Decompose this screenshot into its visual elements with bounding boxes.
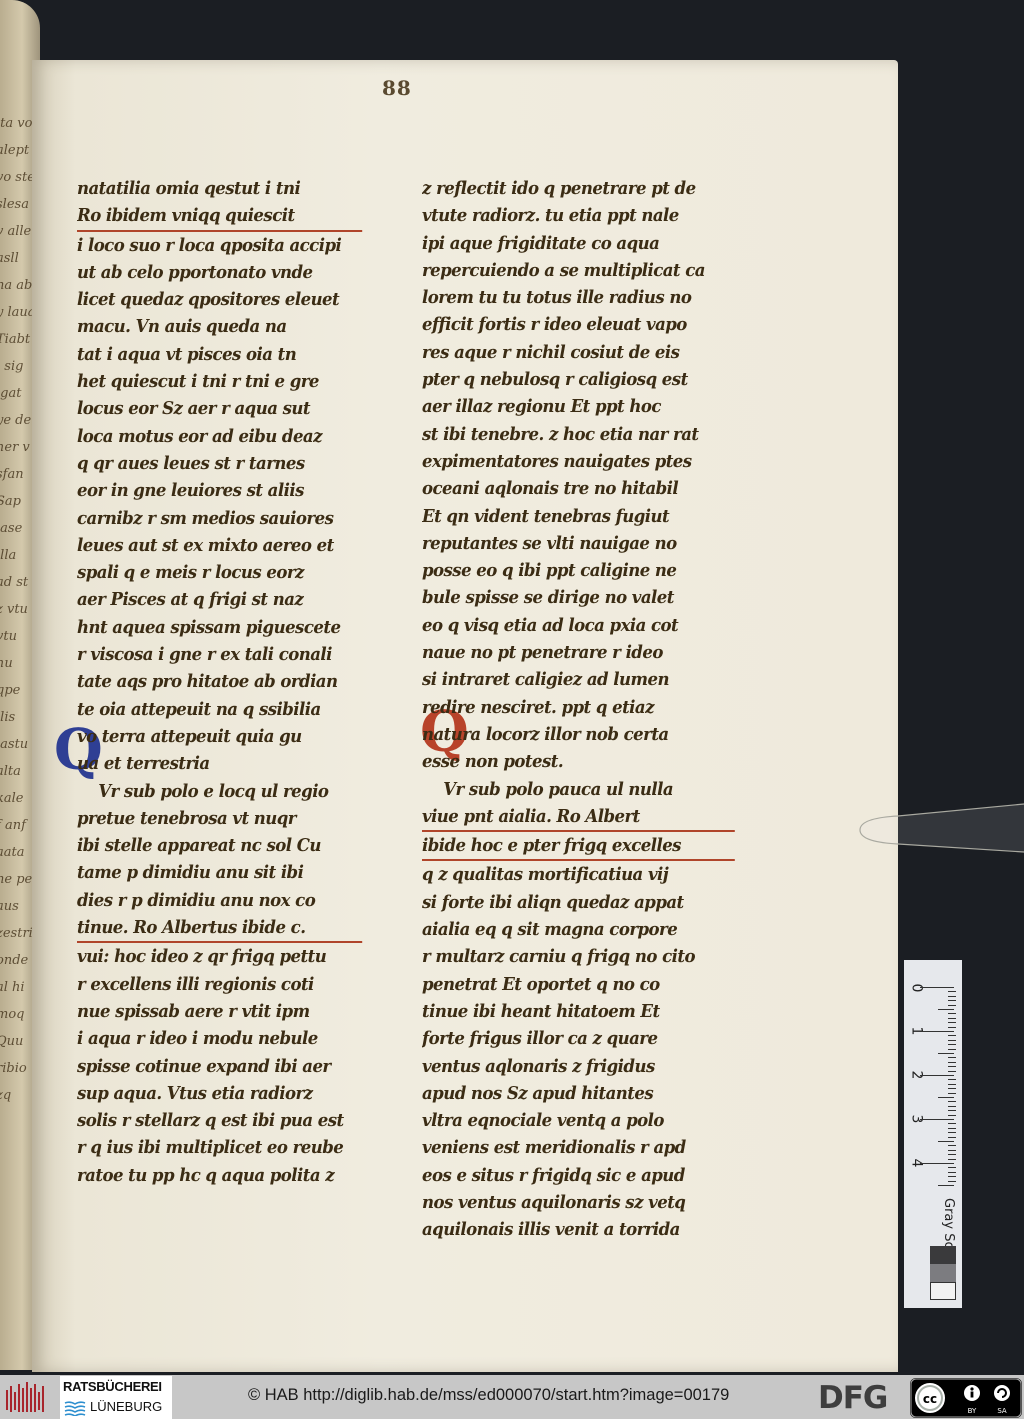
manuscript-line: vui: hoc ideo z qr frigq pettu bbox=[77, 943, 362, 970]
manuscript-line: ibi stelle appareat nc sol Cu bbox=[77, 832, 362, 859]
ruler-tick bbox=[938, 1141, 954, 1142]
facing-page-line: alept bbox=[0, 137, 36, 164]
ruler-tick bbox=[948, 1115, 956, 1116]
manuscript-line: i loco suo r loca qposita accipi bbox=[77, 232, 362, 259]
left-page-text: ita voaleptvo steslesav alleasllna aby l… bbox=[0, 110, 36, 1109]
ratsbuecherei-emblem-icon bbox=[4, 1380, 48, 1414]
manuscript-line: veniens est meridionalis r apd bbox=[422, 1134, 735, 1161]
ruler-tick bbox=[920, 1075, 954, 1076]
manuscript-line: macu. Vn auis queda na bbox=[77, 313, 362, 340]
manuscript-line: q z qualitas mortificatiua vij bbox=[422, 861, 735, 888]
ruler-tick bbox=[948, 996, 956, 997]
manuscript-line: solis r stellarz q est ibi pua est bbox=[77, 1107, 362, 1134]
facing-page-line: her v bbox=[0, 434, 36, 461]
ruler-tick bbox=[948, 1022, 956, 1023]
manuscript-line: oceani aqlonais tre no hitabil bbox=[422, 475, 735, 502]
folio-number: 88 bbox=[382, 76, 412, 100]
manuscript-line: Et qn vident tenebras fugiut bbox=[422, 503, 735, 530]
manuscript-line: naue no pt penetrare r ideo bbox=[422, 639, 735, 666]
manuscript-line: z reflectit ido q penetrare pt de bbox=[422, 175, 735, 202]
manuscript-line: esse non potest. bbox=[422, 748, 735, 775]
ruler-tick bbox=[948, 1132, 956, 1133]
ruler-tick bbox=[948, 1018, 956, 1019]
manuscript-line: nue spissab aere r vtit ipm bbox=[77, 998, 362, 1025]
ruler-tick bbox=[948, 1145, 956, 1146]
facing-page-line: z vtu bbox=[0, 596, 36, 623]
facing-page-line: onde bbox=[0, 947, 36, 974]
ruler-tick bbox=[948, 1084, 956, 1085]
manuscript-line: aquilonais illis venit a torrida bbox=[422, 1216, 735, 1243]
manuscript-line: natura locorz illor nob certa bbox=[422, 721, 735, 748]
manuscript-line: repercuiendo a se multiplicat ca bbox=[422, 257, 735, 284]
manuscript-line: eor in gne leuiores st aliis bbox=[77, 477, 362, 504]
ruler-tick bbox=[948, 1088, 956, 1089]
facing-page-line: illa bbox=[0, 542, 36, 569]
manuscript-line: efficit fortis r ideo eleuat vapo bbox=[422, 311, 735, 338]
manuscript-line: tate aqs pro hitatoe ab ordian bbox=[77, 668, 362, 695]
ruler-tick bbox=[938, 1185, 954, 1186]
facing-page-line: lastu bbox=[0, 731, 36, 758]
manuscript-line: bule spisse se dirige no valet bbox=[422, 584, 735, 611]
facing-page-line: Sap bbox=[0, 488, 36, 515]
ruler-tick bbox=[938, 1053, 954, 1054]
ruler-tick bbox=[948, 1049, 956, 1050]
facing-page-line: na ab bbox=[0, 272, 36, 299]
facing-page-line: aata bbox=[0, 839, 36, 866]
manuscript-line: eos e situs r frigidq sic e apud bbox=[422, 1162, 735, 1189]
facing-page-line: ribio bbox=[0, 1055, 36, 1082]
manuscript-line: ipi aque frigiditate co aqua bbox=[422, 230, 735, 257]
ruler-tick bbox=[920, 1119, 954, 1120]
ruler-tick bbox=[920, 987, 954, 988]
ruler-mark-0: 0 bbox=[908, 984, 924, 993]
facing-page-line: ye de bbox=[0, 407, 36, 434]
manuscript-line: Vr sub polo e locq ul regio bbox=[77, 778, 362, 805]
manuscript-line: r excellens illi regionis coti bbox=[77, 971, 362, 998]
manuscript-line: aialia eq q sit magna corpore bbox=[422, 916, 735, 943]
facing-page-line: Tiabt bbox=[0, 326, 36, 353]
ruler-tick bbox=[948, 1101, 956, 1102]
facing-page-line: alta bbox=[0, 758, 36, 785]
facing-page-line: lase bbox=[0, 515, 36, 542]
ruler-tick bbox=[948, 991, 956, 992]
library-name-line1: RATSBÜCHEREI bbox=[63, 1379, 162, 1394]
facing-page-line: al hi bbox=[0, 974, 36, 1001]
ruler-tick bbox=[948, 1128, 956, 1129]
manuscript-line: aer illaz regionu Et ppt hoc bbox=[422, 393, 735, 420]
manuscript-line: pretue tenebrosa vt nuqr bbox=[77, 805, 362, 832]
manuscript-line: licet quedaz qpositores eleuet bbox=[77, 286, 362, 313]
ruler-tick bbox=[948, 1106, 956, 1107]
manuscript-line: tat i aqua vt pisces oia tn bbox=[77, 341, 362, 368]
ruler-tick bbox=[920, 1031, 954, 1032]
facing-page-line: Quu bbox=[0, 1028, 36, 1055]
ruler-tick bbox=[948, 1062, 956, 1063]
facing-page-line: lgat bbox=[0, 380, 36, 407]
facing-page-line: qpe bbox=[0, 677, 36, 704]
facing-page-line: llis bbox=[0, 704, 36, 731]
copyright-link[interactable]: © HAB http://diglib.hab.de/mss/ed000070/… bbox=[248, 1386, 729, 1405]
manuscript-line: vtute radiorz. tu etia ppt nale bbox=[422, 202, 735, 229]
facing-page-line: sfan bbox=[0, 461, 36, 488]
manuscript-line: pter q nebulosq r caligiosq est bbox=[422, 366, 735, 393]
manuscript-line: si forte ibi aliqn quedaz appat bbox=[422, 889, 735, 916]
ruler-tick bbox=[948, 1066, 956, 1067]
ruler-tick bbox=[948, 1005, 956, 1006]
manuscript-line: redire nesciret. ppt q etiaz bbox=[422, 694, 735, 721]
facing-page-line: i sig bbox=[0, 353, 36, 380]
manuscript-line: locus eor Sz aer r aqua sut bbox=[77, 395, 362, 422]
manuscript-line: si intraret caligiez ad lumen bbox=[422, 666, 735, 693]
gray-scale-ruler: 0 1 2 3 4 Gray Scale bbox=[904, 960, 962, 1308]
manuscript-line: viue pnt aialia. Ro Albert bbox=[422, 803, 735, 832]
license-sa: SA bbox=[997, 1407, 1007, 1415]
facing-page-line: ne pei bbox=[0, 866, 36, 893]
manuscript-line: apud nos Sz apud hitantes bbox=[422, 1080, 735, 1107]
manuscript-line: vltra eqnociale ventq a polo bbox=[422, 1107, 735, 1134]
ruler-tick bbox=[948, 1071, 956, 1072]
ruler-tick bbox=[948, 1044, 956, 1045]
ruler-tick bbox=[948, 1057, 956, 1058]
footer-bar: RATSBÜCHEREI LÜNEBURG © HAB http://digli… bbox=[0, 1375, 1024, 1419]
manuscript-line: q qr aues leues st r tarnes bbox=[77, 450, 362, 477]
text-column-left: natatilia omia qestut i tniRo ibidem vni… bbox=[77, 175, 387, 1189]
ruler-tick bbox=[948, 1110, 956, 1111]
manuscript-line: r viscosa i gne r ex tali conali bbox=[77, 641, 362, 668]
ruler-tick bbox=[948, 1159, 956, 1160]
gray-swatch-dark bbox=[930, 1246, 956, 1264]
creative-commons-icon: cc BY SA bbox=[910, 1378, 1022, 1418]
manuscript-line: tinue ibi heant hitatoem Et bbox=[422, 998, 735, 1025]
manuscript-line: lorem tu tu totus ille radius no bbox=[422, 284, 735, 311]
facing-page-line: vo ste bbox=[0, 164, 36, 191]
manuscript-line: i aqua r ideo i modu nebule bbox=[77, 1025, 362, 1052]
facing-page-line: slesa bbox=[0, 191, 36, 218]
facing-page-line: moq bbox=[0, 1001, 36, 1028]
facing-page-line: v alle bbox=[0, 218, 36, 245]
manuscript-line: natatilia omia qestut i tni bbox=[77, 175, 362, 202]
ruler-tick bbox=[948, 1013, 956, 1014]
manuscript-line: spisse cotinue expand ibi aer bbox=[77, 1053, 362, 1080]
manuscript-line: res aque r nichil cosiut de eis bbox=[422, 339, 735, 366]
ruler-tick bbox=[948, 1027, 956, 1028]
manuscript-page: 88 Q Q natatilia omia qestut i tniRo ibi… bbox=[32, 60, 898, 1372]
facing-page-line: f anf bbox=[0, 812, 36, 839]
ruler-tick bbox=[948, 1172, 956, 1173]
ruler-tick bbox=[948, 1040, 956, 1041]
ruler-tick bbox=[920, 1163, 954, 1164]
ruler-tick bbox=[948, 1176, 956, 1177]
ruler-tick bbox=[948, 1123, 956, 1124]
ratsbuecherei-logo[interactable]: RATSBÜCHEREI LÜNEBURG bbox=[60, 1376, 172, 1419]
manuscript-line: st ibi tenebre. z hoc etia nar rat bbox=[422, 421, 735, 448]
facing-page-line: asll bbox=[0, 245, 36, 272]
facing-page-line: aus bbox=[0, 893, 36, 920]
manuscript-line: ratoe tu pp hc q aqua polita z bbox=[77, 1162, 362, 1189]
ruler-tick bbox=[948, 1150, 956, 1151]
manuscript-line: r multarz carniu q frigq no cito bbox=[422, 943, 735, 970]
library-name-line2: LÜNEBURG bbox=[90, 1399, 162, 1414]
facing-page-line: kale bbox=[0, 785, 36, 812]
facing-page-line: hu bbox=[0, 650, 36, 677]
facing-page-line: vtu bbox=[0, 623, 36, 650]
manuscript-line: carnibz r sm medios sauiores bbox=[77, 505, 362, 532]
license-by: BY bbox=[968, 1407, 977, 1415]
ruler-tick bbox=[948, 1154, 956, 1155]
gray-swatch-light bbox=[930, 1282, 956, 1300]
manuscript-line: aer Pisces at q frigi st naz bbox=[77, 586, 362, 613]
manuscript-line: te oia attepeuit na q ssibilia bbox=[77, 696, 362, 723]
page-clamp bbox=[858, 800, 1024, 855]
manuscript-line: eo q visq etia ad loca pxia cot bbox=[422, 612, 735, 639]
dfg-logo[interactable]: DFG bbox=[818, 1380, 887, 1416]
ruler-tick bbox=[948, 1079, 956, 1080]
manuscript-line: ventus aqlonaris z frigidus bbox=[422, 1053, 735, 1080]
manuscript-line: penetrat Et oportet q no co bbox=[422, 971, 735, 998]
ruler-tick bbox=[938, 1009, 954, 1010]
svg-text:cc: cc bbox=[923, 1392, 937, 1406]
facing-page-line: ita vo bbox=[0, 110, 36, 137]
manuscript-line: sup aqua. Vtus etia radiorz bbox=[77, 1080, 362, 1107]
manuscript-line: dies r p dimidiu anu nox co bbox=[77, 887, 362, 914]
manuscript-line: Ro ibidem vniqq quiescit bbox=[77, 202, 362, 231]
manuscript-line: loca motus eor ad eibu deaz bbox=[77, 423, 362, 450]
manuscript-line: tame p dimidiu anu sit ibi bbox=[77, 859, 362, 886]
manuscript-line: leues aut st ex mixto aereo et bbox=[77, 532, 362, 559]
manuscript-line: ibide hoc e pter frigq excelles bbox=[422, 832, 735, 861]
ruler-tick bbox=[948, 1035, 956, 1036]
ruler-tick bbox=[938, 1097, 954, 1098]
manuscript-line: vo terra attepeuit quia gu bbox=[77, 723, 362, 750]
manuscript-line: Vr sub polo pauca ul nulla bbox=[422, 776, 735, 803]
ruler-tick bbox=[948, 1000, 956, 1001]
ruler-tick bbox=[948, 1093, 956, 1094]
facing-page-line: ad st bbox=[0, 569, 36, 596]
cc-by-sa-license-badge[interactable]: cc BY SA bbox=[910, 1378, 1022, 1418]
manuscript-line: posse eo q ibi ppt caligine ne bbox=[422, 557, 735, 584]
facing-page-line: zestri bbox=[0, 920, 36, 947]
manuscript-line: r q ius ibi multiplicet eo reube bbox=[77, 1134, 362, 1161]
manuscript-line: reputantes se vlti nauigae no bbox=[422, 530, 735, 557]
gray-swatch-mid bbox=[930, 1264, 956, 1282]
manuscript-line: expimentatores nauigates ptes bbox=[422, 448, 735, 475]
open-book-icon bbox=[64, 1400, 86, 1416]
manuscript-line: ut ab celo pportonato vnde bbox=[77, 259, 362, 286]
ruler-tick bbox=[948, 1167, 956, 1168]
manuscript-line: het quiescut i tni r tni e gre bbox=[77, 368, 362, 395]
facing-page-line: y laua bbox=[0, 299, 36, 326]
manuscript-line: spali q e meis r locus eorz bbox=[77, 559, 362, 586]
manuscript-line: tinue. Ro Albertus ibide c. bbox=[77, 914, 362, 943]
manuscript-line: ua et terrestria bbox=[77, 750, 362, 777]
ruler-tick bbox=[948, 1137, 956, 1138]
facing-page-line: zq bbox=[0, 1082, 36, 1109]
manuscript-line: hnt aquea spissam piguescete bbox=[77, 614, 362, 641]
text-column-right: z reflectit ido q penetrare pt devtute r… bbox=[422, 175, 762, 1244]
manuscript-line: nos ventus aquilonaris sz vetq bbox=[422, 1189, 735, 1216]
manuscript-line: forte frigus illor ca z quare bbox=[422, 1025, 735, 1052]
ruler-tick bbox=[948, 1181, 956, 1182]
